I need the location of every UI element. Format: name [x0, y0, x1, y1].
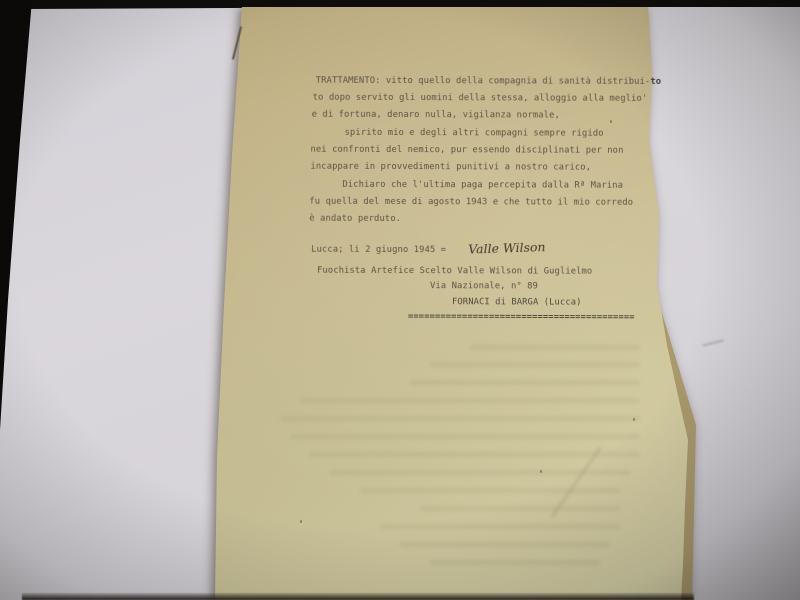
- photo-scene: TRATTAMENTO: vitto quello della compagni…: [0, 0, 800, 600]
- vignette: [0, 0, 800, 600]
